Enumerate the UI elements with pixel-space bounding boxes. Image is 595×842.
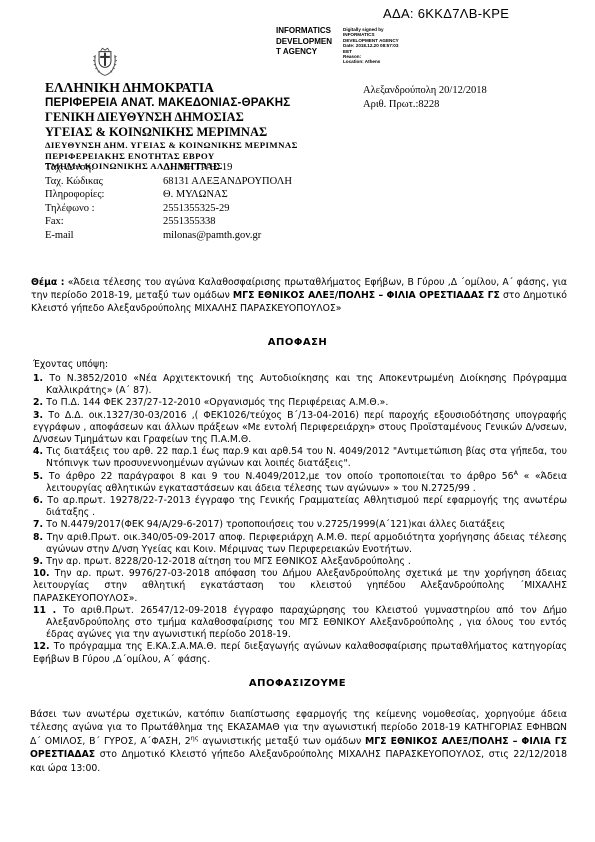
contact-value: 2551355338 — [163, 215, 216, 229]
list-item: 6. Το αρ.πρωτ. 19278/22-7-2013 έγγραφο τ… — [33, 495, 567, 519]
contact-row: Ταχ. Δ/νση: ΔΗΜΗΤΡΑΣ 19 — [45, 161, 292, 175]
item-text: Το πρόγραμμα της Ε.ΚΑ.Σ.Α.ΜΑ.Θ. περί διε… — [33, 641, 567, 664]
item-text: Την αριθ.Πρωτ. οικ.340/05-09-2017 αποφ. … — [46, 532, 567, 555]
list-item: 5. Το άρθρο 22 παράγραφοι 8 και 9 του Ν.… — [33, 471, 567, 495]
contact-value: milonas@pamth.gov.gr — [163, 229, 261, 243]
item-text: Την αρ. πρωτ. 8228/20-12-2018 αίτηση του… — [46, 556, 411, 567]
date-protocol-block: Αλεξανδρούπολη 20/12/2018 Αριθ. Πρωτ.:82… — [363, 84, 487, 112]
letterhead: ΕΛΛΗΝΙΚΗ ΔΗΜΟΚΡΑΤΙΑ ΠΕΡΙΦΕΡΕΙΑ ΑΝΑΤ. ΜΑΚ… — [45, 80, 298, 172]
contact-row: E-mail milonas@pamth.gov.gr — [45, 229, 292, 243]
item-text: Το αρ.πρωτ. 19278/22-7-2013 έγγραφο της … — [46, 495, 567, 518]
decision-heading: ΑΠΟΦΑΣΗ — [0, 337, 595, 348]
city-and-date: Αλεξανδρούπολη 20/12/2018 — [363, 84, 487, 98]
signature-agency-name: INFORMATICSDEVELOPMENT AGENCY — [276, 26, 338, 65]
item-number: 4. — [33, 446, 47, 457]
list-item: 8. Την αριθ.Πρωτ. οικ.340/05-09-2017 απο… — [33, 532, 567, 556]
letterhead-region: ΠΕΡΙΦΕΡΕΙΑ ΑΝΑΤ. ΜΑΚΕΔΟΝΙΑΣ-ΘΡΑΚΗΣ — [45, 96, 298, 110]
item-number: 7. — [33, 519, 46, 530]
item-text: Το Ν.4479/2017(ΦΕΚ 94/Α/29-6-2017) τροπο… — [46, 519, 505, 530]
subject-paragraph: Θέμα : «Άδεια τέλεσης του αγώνα Καλαθοσφ… — [31, 276, 567, 315]
verdict-heading: ΑΠΟΦΑΣΙΖΟΥΜΕ — [0, 678, 595, 689]
contact-value: Θ. ΜΥΛΩΝΑΣ — [163, 188, 228, 202]
document-page: ΑΔΑ: 6ΚΚΔ7ΛΒ-ΚΡΕ INFORMATICSDEVELOPMENT … — [0, 0, 595, 842]
considerations-list: 1. Το Ν.3852/2010 «Νέα Αρχιτεκτονική της… — [33, 373, 567, 666]
contact-label: Fax: — [45, 215, 163, 229]
contact-row: Τηλέφωνο : 2551355325-29 — [45, 202, 292, 216]
item-number: 8. — [33, 532, 47, 543]
item-number: 2. — [33, 397, 46, 408]
contact-row: Fax: 2551355338 — [45, 215, 292, 229]
item-text: Το αριθ.Πρωτ. 26547/12-09-2018 έγγραφο π… — [46, 605, 567, 640]
list-item: 9. Την αρ. πρωτ. 8228/20-12-2018 αίτηση … — [33, 556, 567, 568]
signature-details: Digitally signed byINFORMATICSDEVELOPMEN… — [343, 26, 399, 65]
list-item: 2. Το Π.Δ. 144 ΦΕΚ 237/27-12-2010 «Οργαν… — [33, 397, 567, 409]
list-item: 7. Το Ν.4479/2017(ΦΕΚ 94/Α/29-6-2017) τρ… — [33, 519, 567, 531]
item-number: 5. — [33, 471, 49, 482]
verdict-paragraph: Βάσει των ανωτέρω σχετικών, κατόπιν διαπ… — [30, 708, 567, 775]
list-item: 11 . Το αριθ.Πρωτ. 26547/12-09-2018 έγγρ… — [33, 605, 567, 642]
item-text: Το Ν.3852/2010 «Νέα Αρχιτεκτονική της Αυ… — [46, 373, 567, 396]
item-number: 9. — [33, 556, 46, 567]
preamble-text: Έχοντας υπόψη: — [33, 359, 108, 370]
item-number: 3. — [33, 410, 48, 421]
item-text: Το Π.Δ. 144 ΦΕΚ 237/27-12-2010 «Οργανισμ… — [46, 397, 388, 408]
item-number: 1. — [33, 373, 49, 384]
item-text: Τις διατάξεις του αρθ. 22 παρ.1 έως παρ.… — [46, 446, 567, 469]
contact-row: Ταχ. Κώδικας 68131 ΑΛΕΞΑΝΔΡΟΥΠΟΛΗ — [45, 175, 292, 189]
contact-label: E-mail — [45, 229, 163, 243]
contact-value: ΔΗΜΗΤΡΑΣ 19 — [163, 161, 232, 175]
contact-label: Πληροφορίες: — [45, 188, 163, 202]
protocol-number: Αριθ. Πρωτ.:8228 — [363, 98, 487, 112]
item-number: 6. — [33, 495, 47, 506]
contact-value: 2551355325-29 — [163, 202, 230, 216]
contact-value: 68131 ΑΛΕΞΑΝΔΡΟΥΠΟΛΗ — [163, 175, 292, 189]
ada-code: ΑΔΑ: 6ΚΚΔ7ΛΒ-ΚΡΕ — [383, 6, 509, 21]
list-item: 10. Την αρ. πρωτ. 9976/27-03-2018 απόφασ… — [33, 568, 567, 605]
contact-label: Τηλέφωνο : — [45, 202, 163, 216]
item-number: 11 . — [33, 605, 63, 616]
contact-label: Ταχ. Δ/νση: — [45, 161, 163, 175]
letterhead-sub-directorate: ΔΙΕΥΘΥΝΣΗ ΔΗΜ. ΥΓΕΙΑΣ & ΚΟΙΝΩΝΙΚΗΣ ΜΕΡΙΜ… — [45, 140, 298, 151]
digital-signature-block: INFORMATICSDEVELOPMENT AGENCY Digitally … — [276, 26, 399, 65]
letterhead-directorate-2: ΥΓΕΙΑΣ & ΚΟΙΝΩΝΙΚΗΣ ΜΕΡΙΜΝΑΣ — [45, 125, 298, 140]
list-item: 4. Τις διατάξεις του αρθ. 22 παρ.1 έως π… — [33, 446, 567, 470]
contact-row: Πληροφορίες: Θ. ΜΥΛΩΝΑΣ — [45, 188, 292, 202]
subject-label: Θέμα : — [31, 277, 65, 288]
item-text: Την αρ. πρωτ. 9976/27-03-2018 απόφαση το… — [33, 568, 567, 603]
greek-national-emblem-icon — [88, 44, 122, 82]
list-item: 12. Το πρόγραμμα της Ε.ΚΑ.Σ.Α.ΜΑ.Θ. περί… — [33, 641, 567, 665]
letterhead-regional-unit: ΠΕΡΙΦΕΡΕΙΑΚΗΣ ΕΝΟΤΗΤΑΣ ΕΒΡΟΥ — [45, 151, 298, 162]
list-item: 1. Το Ν.3852/2010 «Νέα Αρχιτεκτονική της… — [33, 373, 567, 397]
contact-info: Ταχ. Δ/νση: ΔΗΜΗΤΡΑΣ 19 Ταχ. Κώδικας 681… — [45, 161, 292, 243]
subject-text: «Άδεια τέλεσης του αγώνα Καλαθοσφαίρισης… — [31, 277, 567, 314]
letterhead-directorate-1: ΓΕΝΙΚΗ ΔΙΕΥΘΥΝΣΗ ΔΗΜΟΣΙΑΣ — [45, 110, 298, 125]
item-number: 10. — [33, 568, 55, 579]
item-text: Το άρθρο 22 παράγραφοι 8 και 9 του Ν.404… — [46, 471, 567, 494]
letterhead-republic: ΕΛΛΗΝΙΚΗ ΔΗΜΟΚΡΑΤΙΑ — [45, 80, 298, 96]
item-number: 12. — [33, 641, 54, 652]
item-text: Το Δ.Δ. οικ.1327/30-03/2016 ,( ΦΕΚ1026/τ… — [33, 410, 567, 445]
contact-label: Ταχ. Κώδικας — [45, 175, 163, 189]
list-item: 3. Το Δ.Δ. οικ.1327/30-03/2016 ,( ΦΕΚ102… — [33, 410, 567, 447]
